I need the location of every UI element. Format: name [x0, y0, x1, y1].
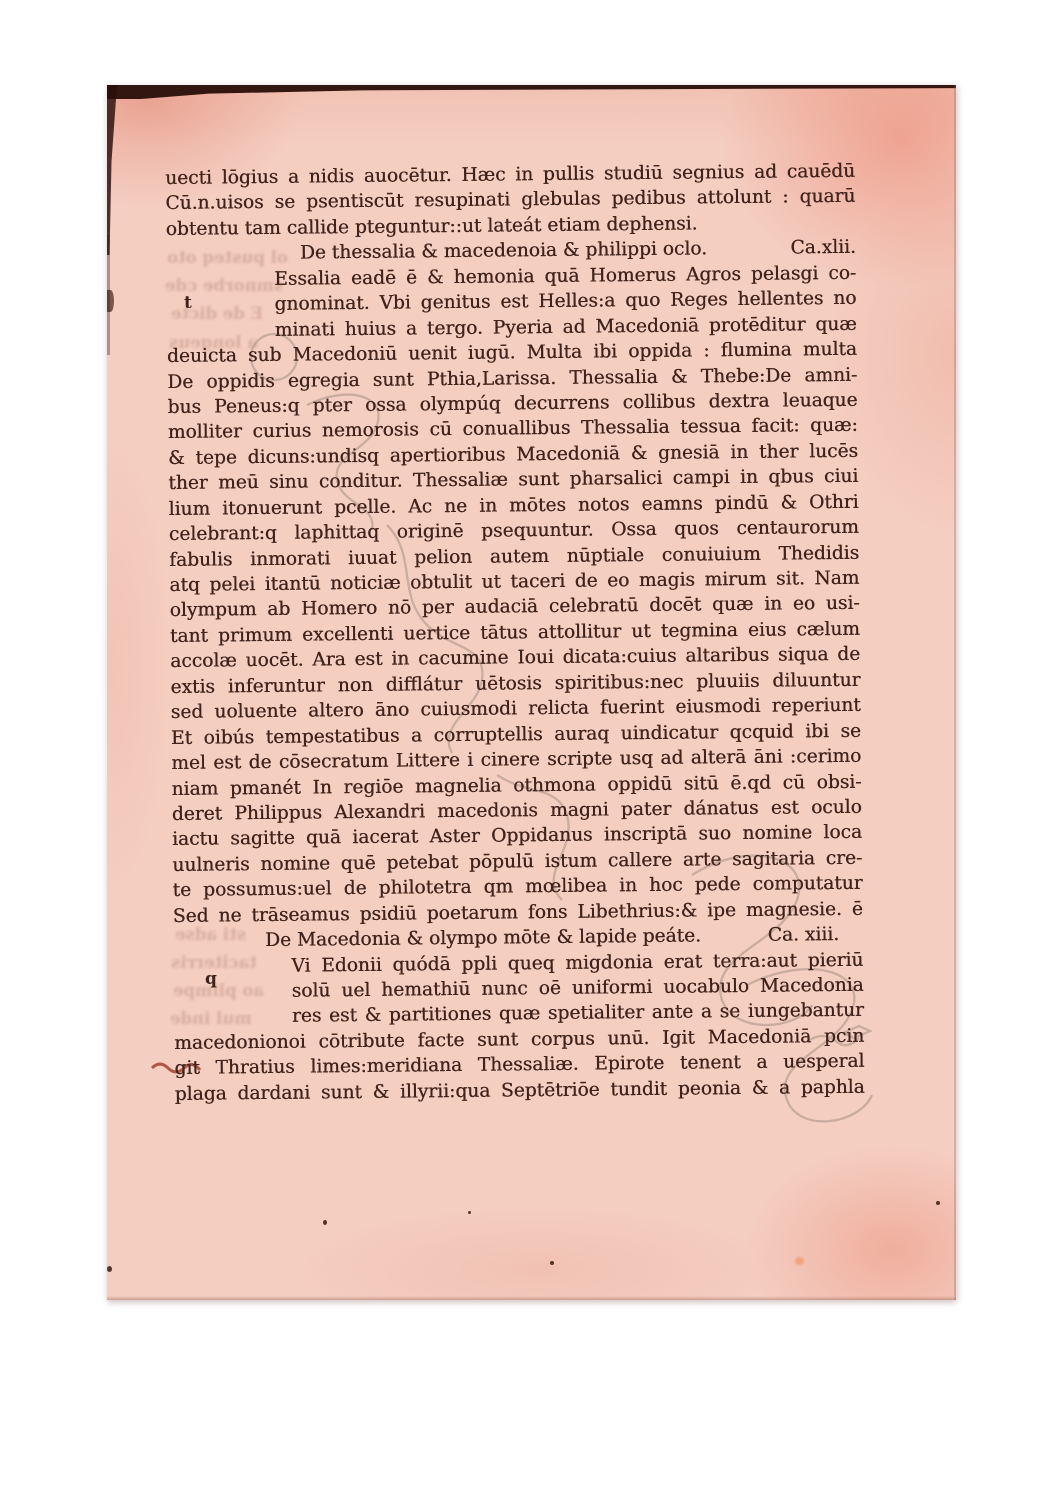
chapter-number: Ca.xlii.: [790, 235, 856, 261]
ink-speck: [323, 1220, 327, 1225]
orange-stain-dot: [795, 1257, 804, 1265]
page-edge-left: [107, 85, 117, 255]
guide-letter-q: q: [205, 969, 217, 989]
page-edge-notch: [107, 290, 114, 312]
guide-letter-t: t: [184, 293, 192, 313]
chapter-heading: De thessalia & macedenoia & philippi ocl…: [300, 237, 707, 267]
page-edge-bottom: [107, 1296, 956, 1300]
chapter-number: Ca. xiii.: [768, 922, 840, 948]
text-block: uecti lōgius a nidis auocētur. Hæc in pu…: [165, 159, 865, 1107]
page-edge-top: [107, 85, 956, 99]
book-page: ol pusteq oto smnorbe cde E de dicte a l…: [107, 85, 956, 1300]
chapter-heading: De Macedonia & olympo mōte & lapide peát…: [265, 924, 701, 954]
page-edge-right: [954, 85, 956, 1300]
ink-speck: [550, 1261, 554, 1265]
scanned-book-photograph: ol pusteq oto smnorbe cde E de dicte a l…: [0, 0, 1060, 1500]
ink-speck: [107, 1266, 112, 1272]
ink-speck: [468, 1211, 471, 1214]
ink-speck: [936, 1201, 940, 1205]
